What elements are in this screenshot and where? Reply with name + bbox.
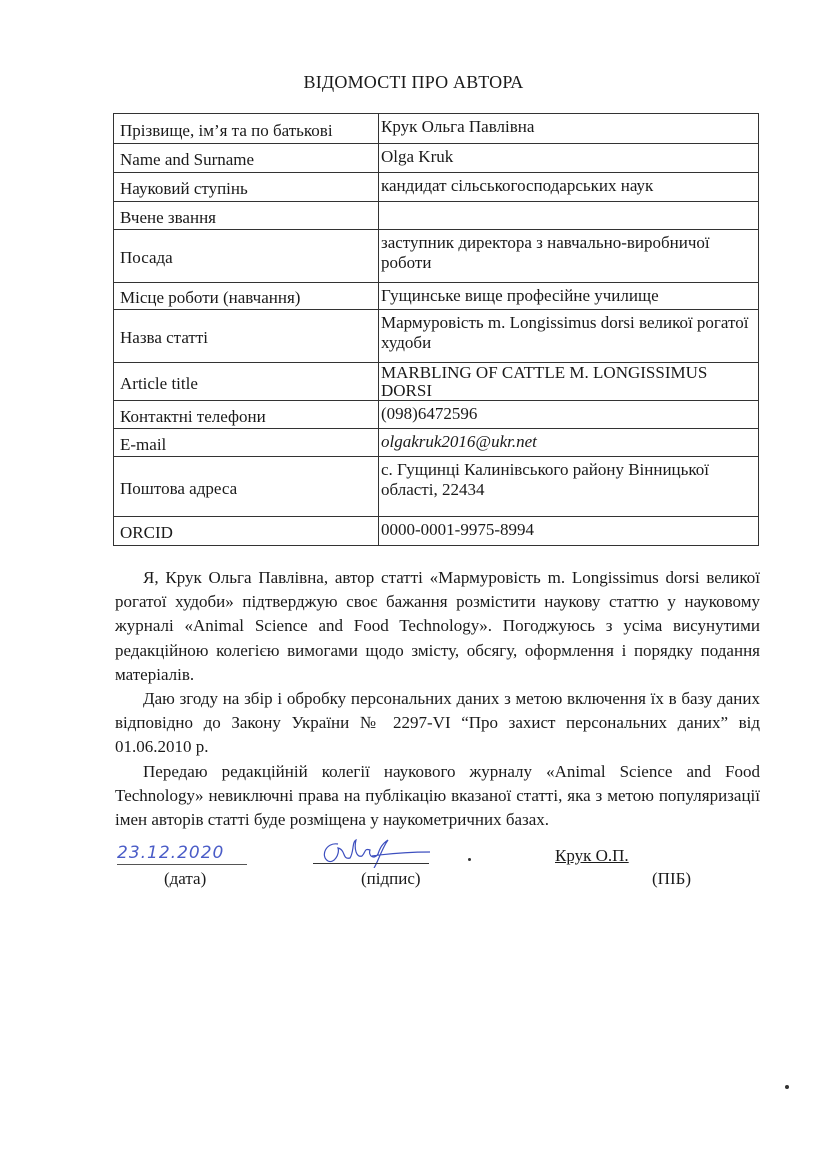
table-row: E-mail olgakruk2016@ukr.net — [114, 429, 759, 457]
signature-line — [313, 863, 429, 864]
table-row: Науковий ступінь кандидат сільськогоспод… — [114, 173, 759, 202]
row-label: Науковий ступінь — [114, 173, 379, 202]
paragraph-data-consent: Даю згоду на збір і обробку персональних… — [115, 687, 760, 760]
row-label: Місце роботи (навчання) — [114, 283, 379, 310]
row-value: Гущинське вище професійне училище — [379, 283, 759, 310]
row-value: Крук Ольга Павлівна — [379, 114, 759, 144]
table-row: Name and Surname Olga Kruk — [114, 144, 759, 173]
table-row: Контактні телефони (098)6472596 — [114, 401, 759, 429]
row-label: Назва статті — [114, 310, 379, 363]
row-value: с. Гущинці Калинівського району Вінницьк… — [379, 457, 759, 517]
table-row: ORCID 0000-0001-9975-8994 — [114, 517, 759, 546]
table-row: Назва статті Мармуровість m. Longissimus… — [114, 310, 759, 363]
email-value: olgakruk2016@ukr.net — [379, 429, 759, 457]
row-value: Мармуровість m. Longissimus dorsi велико… — [379, 310, 759, 363]
date-handwritten: 23.12.2020 — [117, 842, 247, 865]
scan-speck — [785, 1085, 789, 1089]
name-caption: (ПІБ) — [652, 869, 691, 889]
table-row: Місце роботи (навчання) Гущинське вище п… — [114, 283, 759, 310]
paragraph-rights-transfer: Передаю редакційній колегії наукового жу… — [115, 760, 760, 833]
row-value: заступник директора з навчально-виробнич… — [379, 230, 759, 283]
row-label: Прізвище, ім’я та по батькові — [114, 114, 379, 144]
row-label: Посада — [114, 230, 379, 283]
name-initials: Крук О.П. — [555, 846, 629, 866]
row-value: (098)6472596 — [379, 401, 759, 429]
signature-caption: (підпис) — [361, 869, 421, 889]
table-row: Article title MARBLING OF CATTLE M. LONG… — [114, 363, 759, 401]
consent-text: Я, Крук Ольга Павлівна, автор статті «Ма… — [115, 566, 760, 832]
scan-speck — [468, 858, 471, 861]
row-label: Поштова адреса — [114, 457, 379, 517]
row-label: E-mail — [114, 429, 379, 457]
row-label: Article title — [114, 363, 379, 401]
table-row: Посада заступник директора з навчально-в… — [114, 230, 759, 283]
row-label: ORCID — [114, 517, 379, 546]
table-row: Вчене звання — [114, 202, 759, 230]
row-value — [379, 202, 759, 230]
row-value: MARBLING OF CATTLE M. LONGISSIMUS DORSI — [379, 363, 759, 401]
date-caption: (дата) — [164, 869, 206, 889]
signature-scribble-icon — [316, 834, 436, 873]
row-label: Контактні телефони — [114, 401, 379, 429]
page-title: ВІДОМОСТІ ПРО АВТОРА — [0, 72, 827, 93]
row-value: кандидат сільськогосподарських наук — [379, 173, 759, 202]
author-info-table: Прізвище, ім’я та по батькові Крук Ольга… — [113, 113, 759, 546]
table-row: Прізвище, ім’я та по батькові Крук Ольга… — [114, 114, 759, 144]
paragraph-author-statement: Я, Крук Ольга Павлівна, автор статті «Ма… — [115, 566, 760, 687]
row-value: Olga Kruk — [379, 144, 759, 173]
row-label: Вчене звання — [114, 202, 379, 230]
table-row: Поштова адреса с. Гущинці Калинівського … — [114, 457, 759, 517]
orcid-value: 0000-0001-9975-8994 — [379, 517, 759, 546]
row-label: Name and Surname — [114, 144, 379, 173]
